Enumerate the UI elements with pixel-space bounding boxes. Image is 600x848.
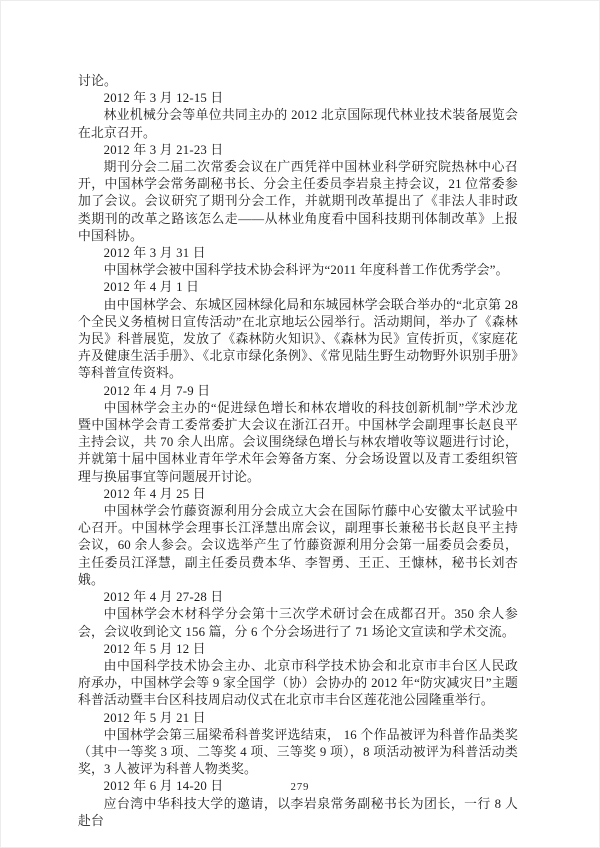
date-line: 2012 年 3 月 31 日	[78, 245, 518, 262]
page-number: 279	[1, 782, 599, 793]
continuation-text: 讨论。	[78, 73, 518, 90]
event-paragraph: 由中国林学会、东城区园林绿化局和东城园林学会联合举办的“北京第 28 个全民义务…	[78, 297, 518, 383]
event-paragraph: 应台湾中华科技大学的邀请，以李岩泉常务副秘书长为团长，一行 8 人赴台	[78, 796, 518, 830]
date-line: 2012 年 4 月 7-9 日	[78, 383, 518, 400]
event-paragraph: 中国林学会木材科学分会第十三次学术研讨会在成都召开。350 余人参会，会议收到论…	[78, 606, 518, 640]
date-line: 2012 年 3 月 21-23 日	[78, 142, 518, 159]
document-page: 讨论。2012 年 3 月 12-15 日林业机械分会等单位共同主办的 2012…	[0, 0, 600, 848]
event-paragraph: 由中国科学技术协会主办、北京市科学技术协会和北京市丰台区人民政府承办，中国林学会…	[78, 658, 518, 710]
event-paragraph: 中国林学会被中国科学技术协会科评为“2011 年度科普工作优秀学会”。	[78, 262, 518, 279]
event-paragraph: 中国林学会竹藤资源利用分会成立大会在国际竹藤中心安徽太平试验中心召开。中国林学会…	[78, 503, 518, 589]
date-line: 2012 年 4 月 27-28 日	[78, 589, 518, 606]
date-line: 2012 年 4 月 1 日	[78, 279, 518, 296]
event-paragraph: 中国林学会主办的“促进绿色增长和林农增收的科技创新机制”学术沙龙暨中国林学会青工…	[78, 400, 518, 486]
event-paragraph: 期刊分会二届二次常委会议在广西凭祥中国林业科学研究院热林中心召开，中国林学会常务…	[78, 159, 518, 245]
date-line: 2012 年 5 月 12 日	[78, 641, 518, 658]
event-paragraph: 林业机械分会等单位共同主办的 2012 北京国际现代林业技术装备展览会在北京召开…	[78, 107, 518, 141]
date-line: 2012 年 4 月 25 日	[78, 486, 518, 503]
page-body: 讨论。2012 年 3 月 12-15 日林业机械分会等单位共同主办的 2012…	[78, 73, 518, 830]
event-paragraph: 中国林学会第三届梁希科普奖评选结束， 16 个作品被评为科普作品类奖（其中一等奖…	[78, 727, 518, 779]
date-line: 2012 年 3 月 12-15 日	[78, 90, 518, 107]
date-line: 2012 年 5 月 21 日	[78, 710, 518, 727]
